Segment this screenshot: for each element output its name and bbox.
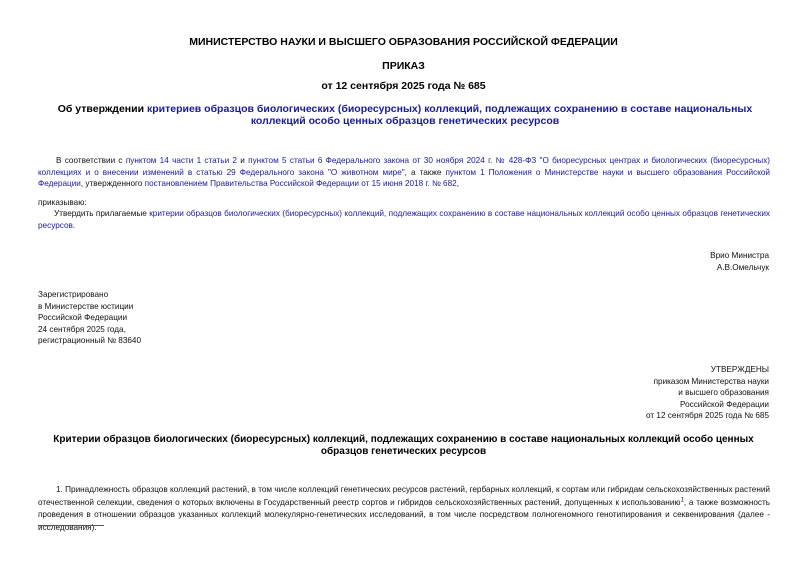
approved-line: приказом Министерства науки — [646, 376, 769, 388]
criteria-item-text: 1. Принадлежность образцов коллекций рас… — [38, 485, 770, 507]
approved-line: УТВЕРЖДЕНЫ — [646, 364, 769, 376]
approve-text: . — [73, 221, 75, 230]
registration-line: Российской Федерации — [38, 312, 141, 324]
approved-block: УТВЕРЖДЕНЫ приказом Министерства науки и… — [646, 364, 769, 422]
signature-block: Врио Министра А.В.Омельчук — [710, 250, 769, 273]
ministry-heading: МИНИСТЕРСТВО НАУКИ И ВЫСШЕГО ОБРАЗОВАНИЯ… — [0, 36, 807, 48]
approve-paragraph: Утвердить прилагаемые критерии образцов … — [38, 208, 770, 231]
order-title-link[interactable]: критериев образцов биологических (биорес… — [147, 103, 752, 127]
approved-line: от 12 сентября 2025 года № 685 — [646, 410, 769, 422]
registration-block: Зарегистрировано в Министерстве юстиции … — [38, 289, 141, 347]
preamble-text: В соответствии с — [56, 156, 126, 165]
preamble-text: , — [457, 179, 459, 188]
order-title: Об утверждении критериев образцов биолог… — [30, 103, 780, 127]
document-page: МИНИСТЕРСТВО НАУКИ И ВЫСШЕГО ОБРАЗОВАНИЯ… — [0, 0, 807, 571]
signature-position: Врио Министра — [710, 250, 769, 262]
criteria-item-1: 1. Принадлежность образцов коллекций рас… — [38, 484, 770, 534]
registration-line: регистрационный № 83640 — [38, 335, 141, 347]
preamble-text: , утвержденного — [81, 179, 145, 188]
registration-line: 24 сентября 2025 года, — [38, 324, 141, 336]
doc-type-heading: ПРИКАЗ — [0, 60, 807, 72]
registration-line: Зарегистрировано — [38, 289, 141, 301]
registration-line: в Министерстве юстиции — [38, 301, 141, 313]
link-law-article-2[interactable]: пунктом 14 части 1 статьи 2 — [126, 156, 237, 165]
approved-line: Российской Федерации — [646, 399, 769, 411]
preamble-text: и — [237, 156, 248, 165]
doc-date-number: от 12 сентября 2025 года № 685 — [0, 80, 807, 92]
footnote-separator — [38, 525, 104, 526]
signature-name: А.В.Омельчук — [710, 262, 769, 274]
link-government-decree-682[interactable]: постановлением Правительства Российской … — [145, 179, 457, 188]
criteria-title: Критерии образцов биологических (биоресу… — [50, 434, 757, 458]
preamble-paragraph: В соответствии с пунктом 14 части 1 стат… — [38, 155, 770, 190]
preamble-text: , а также — [405, 168, 446, 177]
approve-text: Утвердить прилагаемые — [54, 209, 149, 218]
approved-line: и высшего образования — [646, 387, 769, 399]
order-word: приказываю: — [38, 197, 770, 209]
order-title-prefix: Об утверждении — [58, 103, 147, 115]
